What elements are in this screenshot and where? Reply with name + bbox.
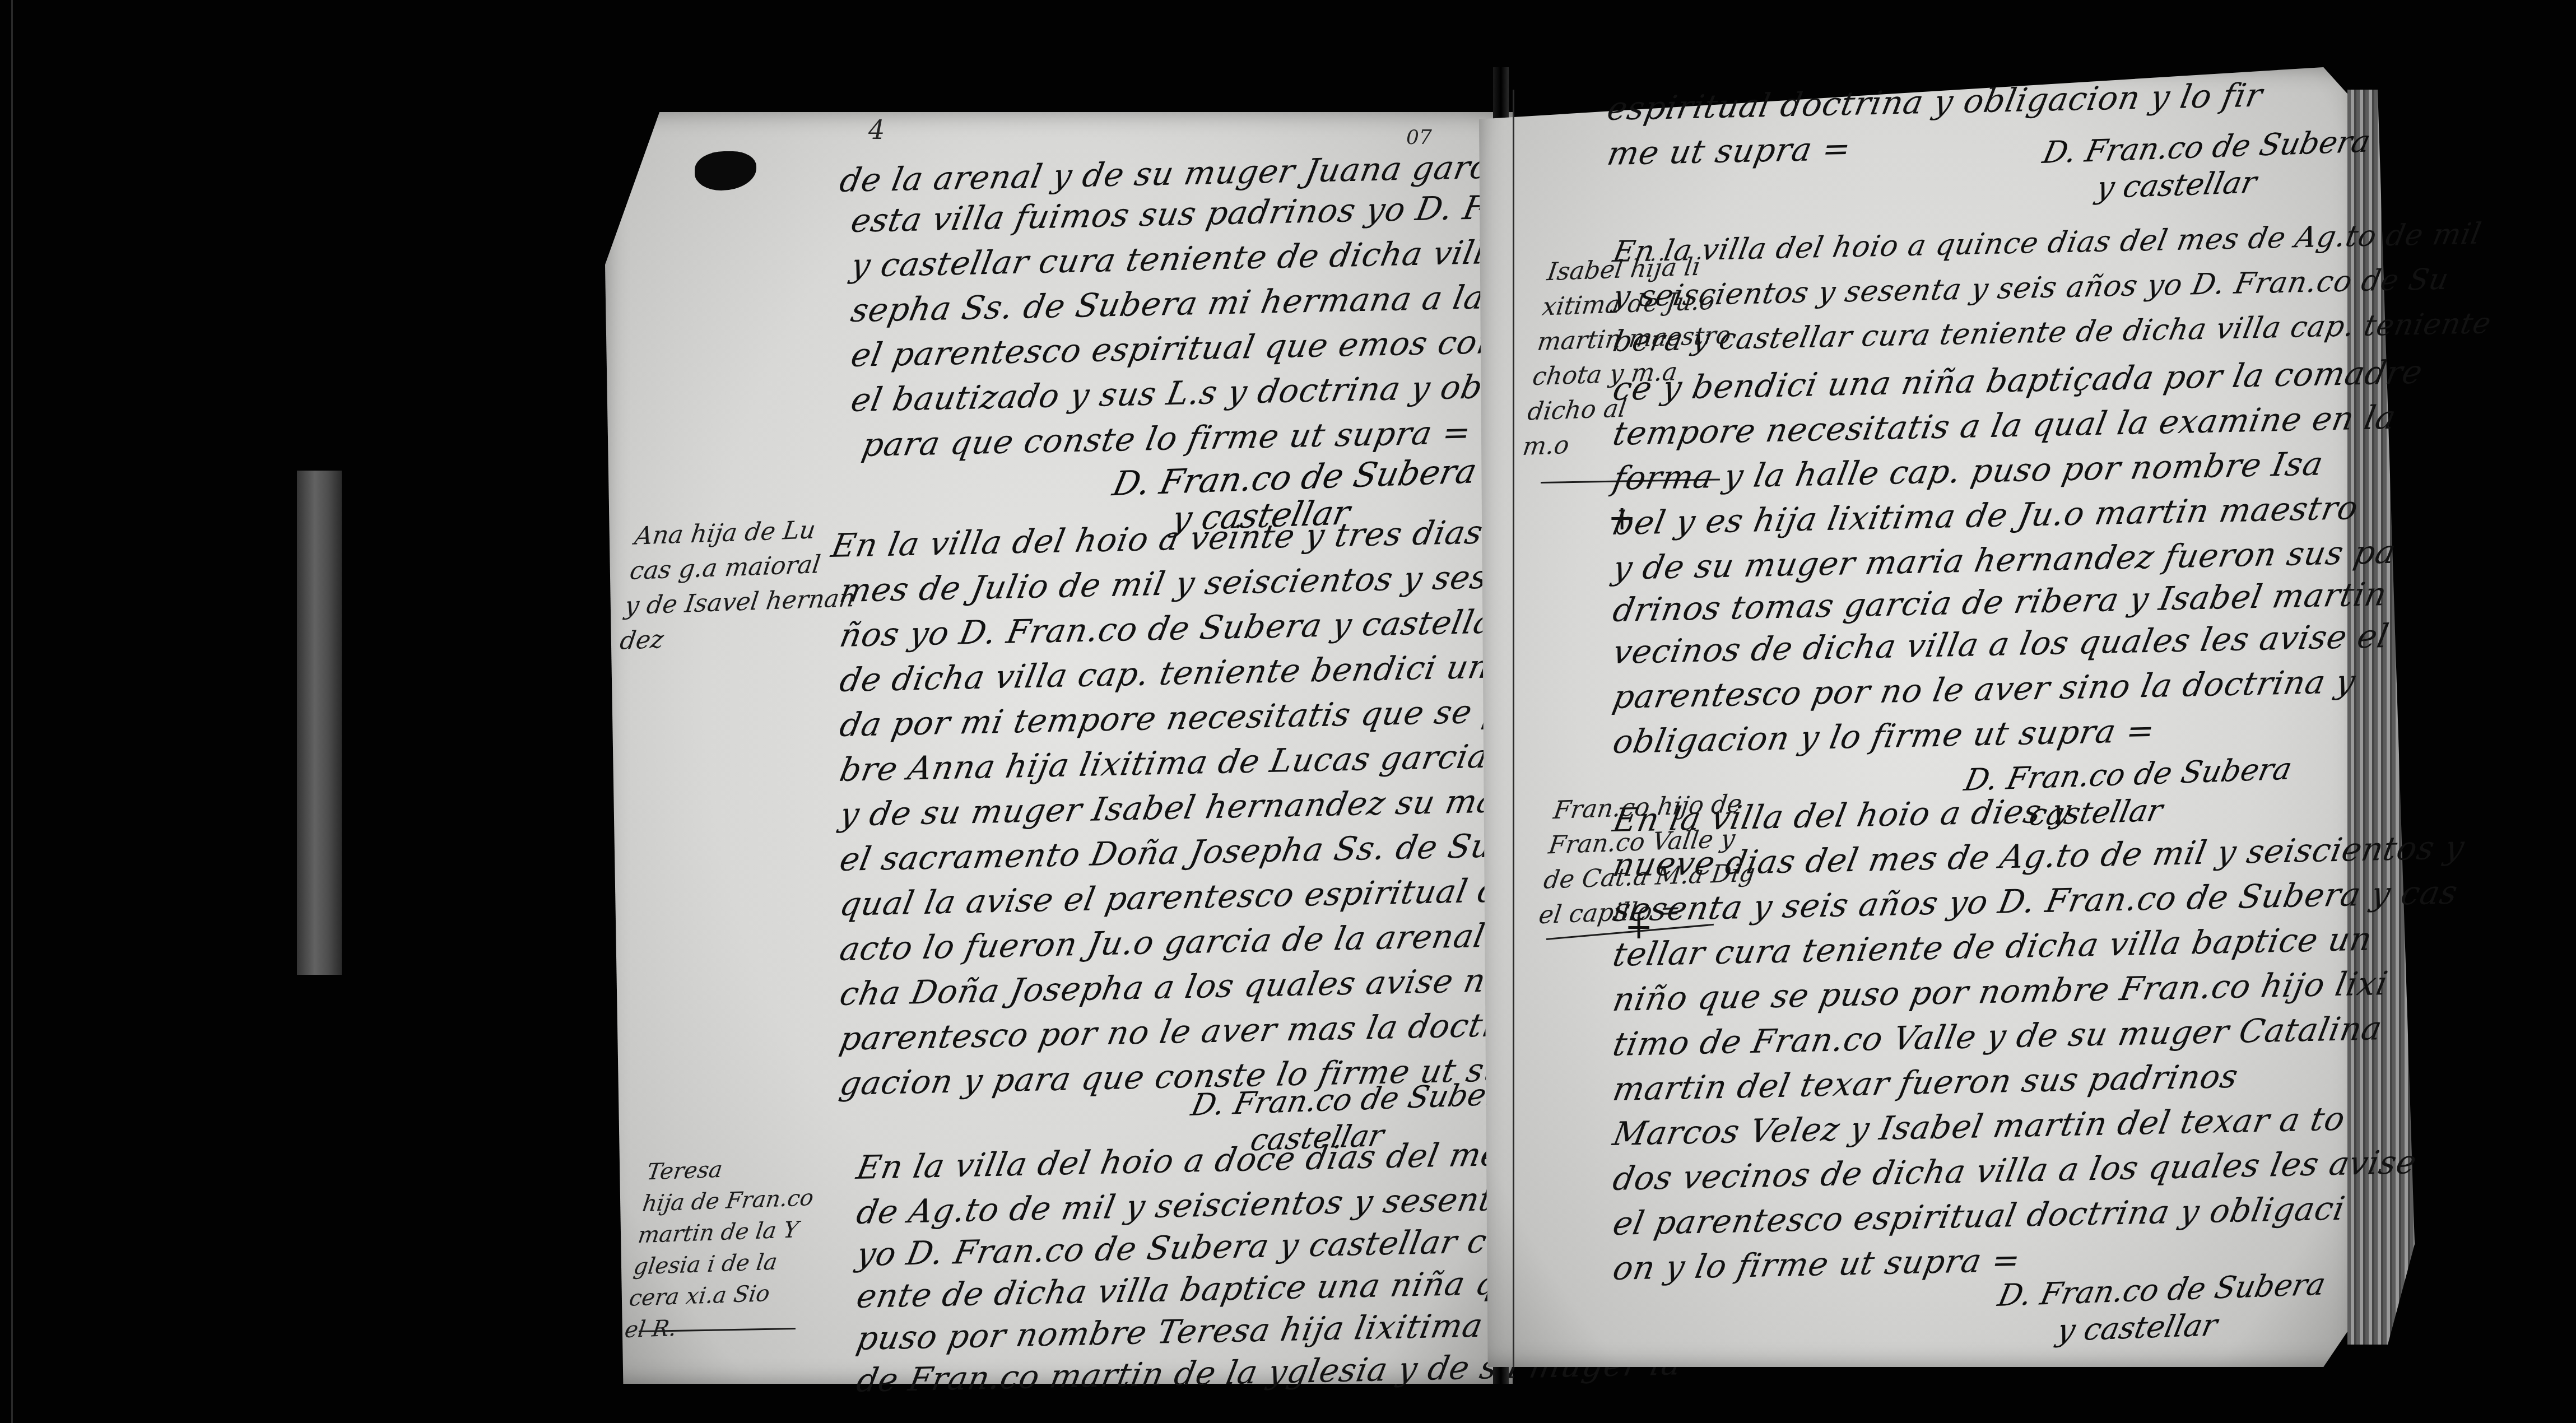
open-register-book: 4 07 de la arenal y de su muger Juana ga… xyxy=(605,67,2415,1384)
corner-mark: 07 xyxy=(1406,126,1432,149)
text-line: me ut supra = xyxy=(1604,129,1854,173)
margin-note: Ana hija de Lu cas g.a maioral y de Isav… xyxy=(618,511,867,659)
priest-signature: D. Fran.co de Subera y castellar xyxy=(1987,1266,2329,1351)
right-page-margin-line xyxy=(1513,90,1514,1367)
film-edge xyxy=(11,0,13,1423)
binding-strip xyxy=(297,471,342,975)
folio-mark: 4 xyxy=(868,115,885,145)
scan-background: 4 07 de la arenal y de su muger Juana ga… xyxy=(0,0,2576,1423)
margin-note: Teresa hija de Fran.co martin de la Y gl… xyxy=(622,1151,820,1346)
priest-signature: D. Fran.co de Subera y castellar xyxy=(2031,123,2374,208)
